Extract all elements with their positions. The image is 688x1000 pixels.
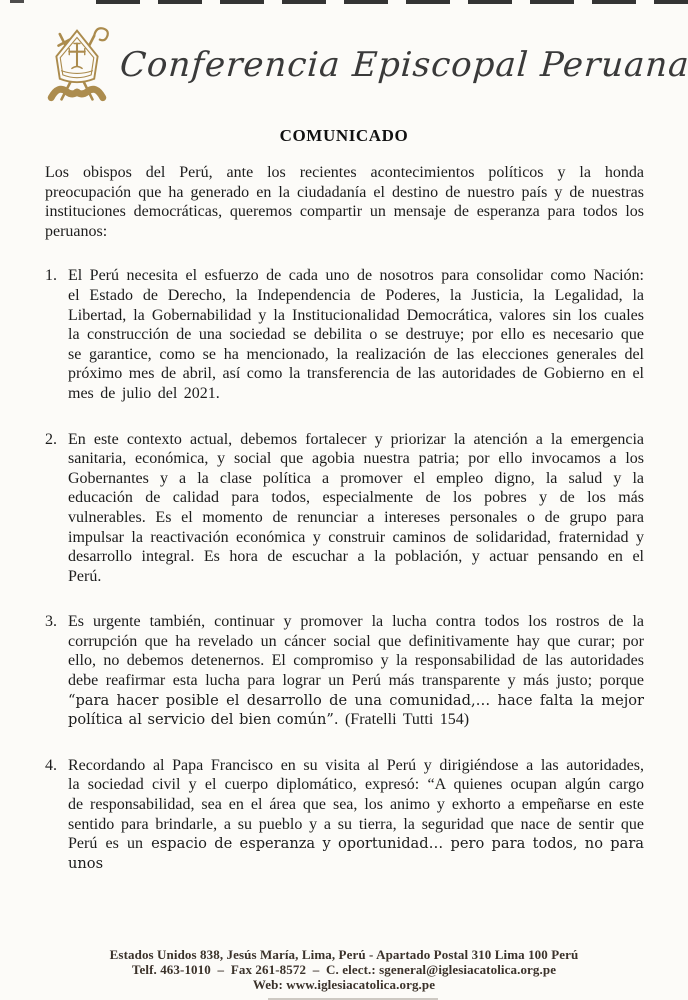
item-number: 1.: [45, 266, 57, 286]
list-item-3: 3. Es urgente también, continuar y promo…: [45, 612, 644, 730]
footer-website: Web: www.iglesiacatolica.org.pe: [0, 977, 688, 992]
item-number: 3.: [45, 612, 57, 632]
item-text: El Perú necesita el esfuerzo de cada uno…: [68, 267, 644, 402]
footer-contact: Telf. 463-1010 – Fax 261-8572 – C. elect…: [0, 962, 688, 977]
scan-artifact-top-edge: [96, 0, 688, 4]
letterhead-footer: Estados Unidos 838, Jesús María, Lima, P…: [0, 947, 688, 992]
bishop-mitre-crest-icon: [34, 20, 120, 110]
letterhead: Conferencia Episcopal Peruana: [0, 0, 688, 110]
scan-artifact-top-dash: [10, 0, 24, 3]
quote-citation: (Fratelli Tutti 154): [338, 711, 469, 728]
document-title: COMUNICADO: [0, 126, 688, 146]
footer-address: Estados Unidos 838, Jesús María, Lima, P…: [0, 947, 688, 962]
document-body: Los obispos del Perú, ante los recientes…: [45, 163, 644, 873]
list-item-4: 4. Recordando al Papa Francisco en su vi…: [45, 756, 644, 874]
list-item-2: 2. En este contexto actual, debemos fort…: [45, 430, 644, 587]
item-text: En este contexto actual, debemos fortale…: [68, 431, 644, 585]
scanned-document-page: Conferencia Episcopal Peruana COMUNICADO…: [0, 0, 688, 1000]
item-number: 2.: [45, 430, 57, 450]
item-number: 4.: [45, 756, 57, 776]
organization-name: Conferencia Episcopal Peruana: [119, 45, 688, 85]
numbered-list: 1. El Perú necesita el esfuerzo de cada …: [45, 266, 644, 873]
episcopal-crest-logo: [34, 20, 120, 110]
list-item-1: 1. El Perú necesita el esfuerzo de cada …: [45, 266, 644, 403]
intro-paragraph: Los obispos del Perú, ante los recientes…: [45, 163, 644, 241]
item-text: Es urgente también, continuar y promover…: [68, 613, 644, 689]
papal-quote-continuation: espacio de esperanza y oportunidad… pero…: [68, 835, 644, 872]
